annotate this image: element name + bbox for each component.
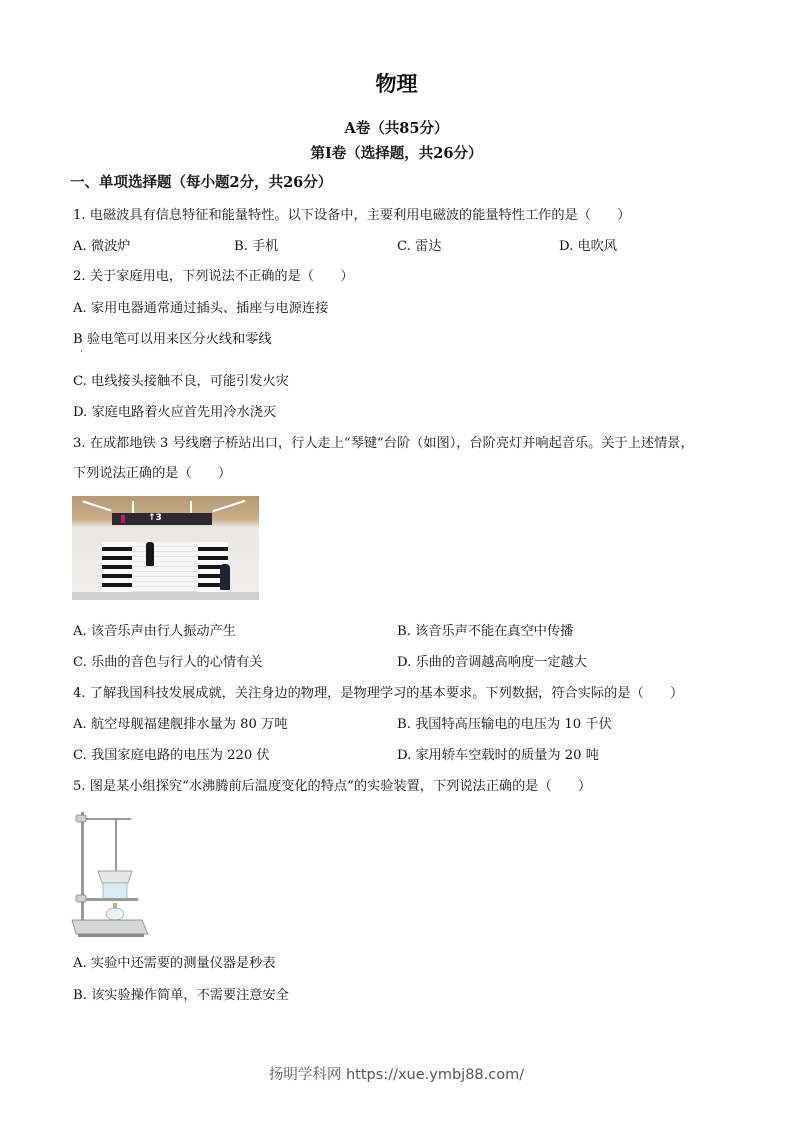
question-2-option-d: D. 家庭电路着火应首先用冷水浇灭 — [73, 401, 276, 420]
stray-mark — [81, 350, 82, 352]
question-3-option-c: C. 乐曲的音色与行人的心情有关 — [73, 651, 262, 670]
ceiling-light — [82, 500, 111, 511]
question-4-option-c: C. 我国家庭电路的电压为 220 伏 — [73, 744, 270, 763]
piano-key-stairs-left — [102, 542, 132, 592]
question-3-option-d: D. 乐曲的音调越高响度一定越大 — [397, 651, 587, 670]
question-4-option-d: D. 家用轿车空载时的质量为 20 吨 — [397, 744, 599, 763]
ceiling-light — [213, 500, 246, 512]
seated-figure — [220, 564, 230, 590]
question-4-stem: 4. 了解我国科技发展成就，关注身边的物理，是物理学习的基本要求。下列数据，符合… — [73, 682, 683, 701]
subway-stairs-photo: ↑3 — [72, 496, 259, 600]
question-2-option-a: A. 家用电器通常通过插头、插座与电源连接 — [73, 297, 328, 316]
question-5-option-a: A. 实验中还需要的测量仪器是秒表 — [73, 952, 276, 971]
question-2-option-c: C. 电线接头接触不良，可能引发火灾 — [73, 370, 289, 389]
question-1-stem: 1. 电磁波具有信息特征和能量特性。以下设备中，主要利用电磁波的能量特性工作的是… — [73, 204, 630, 223]
pedestrian-figure — [146, 542, 154, 566]
question-1-option-c: C. 雷达 — [397, 235, 441, 254]
page-title: 物理 — [0, 68, 793, 98]
question-5-option-b: B. 该实验操作简单，不需要注意安全 — [73, 984, 289, 1003]
question-2-stem: 2. 关于家庭用电，下列说法不正确的是（ ） — [73, 265, 354, 284]
question-1-option-b: B. 手机 — [234, 235, 278, 254]
footer-watermark[interactable]: 扬明学科网 https://xue.ymbj88.com/ — [0, 1063, 793, 1084]
paper-subtitle: A卷（共85分） — [0, 117, 793, 138]
question-3-option-b: B. 该音乐声不能在真空中传播 — [397, 620, 573, 639]
question-4-option-b: B. 我国特高压输电的电压为 10 千伏 — [397, 713, 612, 732]
part-subtitle: 第I卷（选择题，共26分） — [0, 142, 793, 163]
question-5-stem: 5. 图是某小组探究“水沸腾前后温度变化的特点”的实验装置，下列说法正确的是（ … — [73, 775, 591, 794]
line-color-marker — [121, 515, 125, 523]
question-1-option-a: A. 微波炉 — [73, 235, 130, 254]
ceiling-light — [190, 501, 192, 513]
question-4-option-a: A. 航空母舰福建舰排水量为 80 万吨 — [73, 713, 288, 732]
question-3-option-a: A. 该音乐声由行人振动产生 — [73, 620, 236, 639]
ceiling-light — [132, 501, 134, 513]
question-3-stem-line-1: 3. 在成都地铁 3 号线磨子桥站出口，行人走上“琴键”台阶（如图），台阶亮灯并… — [73, 432, 694, 451]
question-2-option-b: B 验电笔可以用来区分火线和零线 — [73, 328, 272, 347]
center-stairs — [132, 542, 198, 592]
question-3-stem-line-2: 下列说法正确的是（ ） — [73, 462, 231, 481]
boiling-apparatus-diagram — [70, 806, 160, 941]
exit-sign-text: ↑3 — [148, 513, 162, 523]
exit-sign: ↑3 — [112, 513, 212, 525]
section-heading: 一、单项选择题（每小题2分，共26分） — [70, 171, 332, 192]
floor — [72, 592, 259, 600]
question-1-option-d: D. 电吹风 — [559, 235, 617, 254]
